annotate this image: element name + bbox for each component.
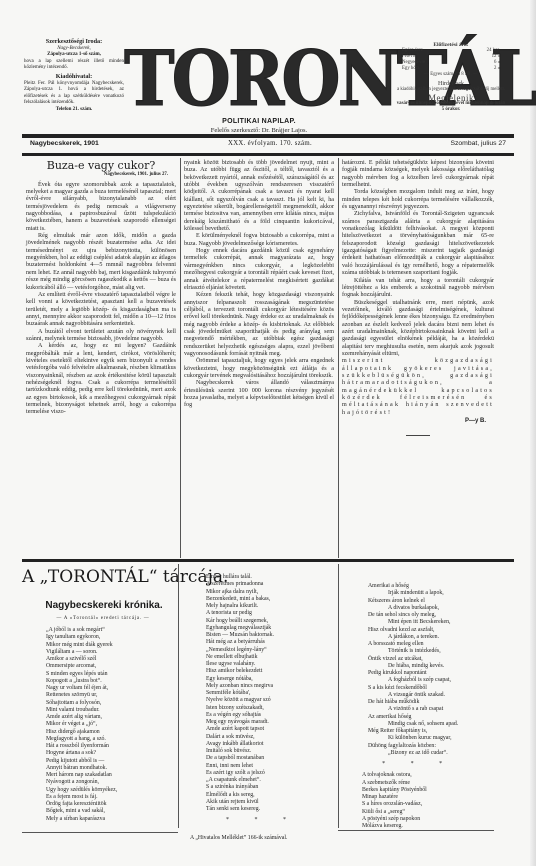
poem-line: Isten bizony szétszakadt, [206,705,298,712]
poem-line: Vigiláltam a — soron. [46,649,117,656]
article-paragraph: nyaink között biztosabb és több jövedelm… [184,160,334,233]
poem-column-1: „A jóból is a sok megárt“ Igy tanultam e… [46,627,117,823]
poem-line: Amikor a szivélő szél [46,656,117,663]
poem-line: Mint valami troubadur. [46,707,117,714]
section-stars: * * * [206,817,298,824]
poem-line: Igy tanultam egykoron, [46,634,117,641]
appears-text: vasár- és ünnepnapok kivételével mindenn… [396,101,506,113]
poem-line: A szebmetszők réme [362,780,458,787]
poem-line: Megfagyott a hang, a szó. [46,736,117,743]
poem-line: S a híres orozslán-vadász, [362,801,458,808]
poem-line: Rettenetes szörnyü ur, [46,692,117,699]
poem-line: Es azért igy szólt a jelszó [206,770,298,777]
poem-line: Mely azonban nincs megirva [206,683,298,690]
poem-line: Bisten — Muzsán baktornak. [206,632,298,639]
article-column-2: nyaink között biztosabb és több jövedelm… [184,160,334,410]
poem-line: Hát a rosszból ilyenformán [46,743,117,750]
column-divider [338,564,339,828]
article-paragraph: Évek óta egyre szomorubbak azok a tapasz… [26,182,176,233]
poem-line: Kár hogy beállt szegernek, [206,618,298,625]
poem-line: A fogházból is szép csapat, [368,677,458,684]
publisher-heading: Kiadóhivatal: [24,73,124,81]
article-paragraph: Torda községben mozgalom indult meg az i… [342,189,494,211]
poem-line: Meg egy nyávogás maradt. [206,719,298,726]
poem-line: Imitáló sok büvész. [206,748,298,755]
poem-line: Ördög fajta kereszténiitök [46,801,117,808]
poem-line: S a szirénka irányában [206,784,298,791]
poem-line: Egyhangulag megválasztják [206,625,298,632]
poem-line: Mely a sírban kaparászva [46,816,117,823]
article-paragraph: Örömmel tapasztaljuk, hogy egyes jelek a… [184,358,334,380]
poem-line: Történik is intézkedés, [368,648,458,655]
editorial-office-note: hova a lap szellemi részét illető minden… [24,59,124,72]
supplement-note: A „Hivatalos Mellékletˮ 166-ik számával. [190,835,287,841]
poem-line: Ilese ugyse valahány. [206,661,298,668]
masthead: Szerkesztőségi Iroda: Nagy-Becskerek, Zá… [24,38,514,138]
poem-line: Nyávogott a zongorán, [46,779,117,786]
poem-line: A szeretmes primadonna [206,581,298,588]
poem-column-3: Amerikai a hőség Irják mindenütt a lapok… [368,583,458,830]
publisher-text: Pleitz Fer. Pál könyvnyomdája Nagybecske… [24,81,124,106]
poem-line: Dalárt a sok müvész, [206,734,298,741]
poem-line: S a kis kézi fecskendőből [368,685,458,692]
poem-line: Hogyne ártana a sok? [46,750,117,757]
article-paragraph: E körülményeknél fogva biztosabb a cukor… [184,233,334,248]
poem-line: A tolvajoknak ostora, [362,772,458,779]
column-divider [180,158,181,558]
poem-line: Elmélődt a kis sereg, [206,792,298,799]
poem-line: A tenorista ur pedig [206,610,298,617]
poem-line: Ne emellett elbujhatik [206,654,298,661]
poem-line: Nyelve között a magyar szó [206,697,298,704]
poem-line: Mikor még mint diák gyerek [46,642,117,649]
article-paragraph: Zichyfalva, Istvánföld és Torontál-Szige… [342,211,494,277]
editor-line: Felelős szerkesztő: Dr. Brájjer Lajos. [124,127,394,134]
poem-line: Pedig kijutott abból is — [46,758,117,765]
poem-line: Akik után rejtem kivül [206,799,298,806]
poem-line: Hisz amikor belekezdett [206,668,298,675]
poem-column-2: Ember hullára talál. A szeretmes primado… [206,574,298,829]
article-paragraph: A kérdés az, hogy ez mi legyen? Gazdáink… [26,343,176,416]
article-dateline: Nagybecskerek, 1901. julius 27. [26,171,176,178]
poem-end-rule [338,830,494,831]
poem-line: Hisz didergő ajakamon [46,729,117,736]
poem-line: Egy keserge nótába, [206,676,298,683]
poem-line: S minden egyes lépés után [46,671,117,678]
poem-line: Hisz olvadni kezd az aszfalt, [368,627,458,634]
end-rule [406,435,430,436]
newspaper-page: Szerkesztőségi Iroda: Nagy-Becskerek, Zá… [0,0,536,866]
poem-line: Ommersipte arcomat, [46,663,117,670]
poem-line: Öntik vizzel az utcákat, [368,656,458,663]
place-year: Nagybecskerek, 1901 [30,140,99,147]
poem-line: Még Reiter főkapitány is, [368,728,458,735]
poem-line: De tán sehol sincs oly meleg, [368,612,458,619]
poem-line: Es a fejem most is fáj. [46,794,117,801]
title-block: TORONTÁL POLITIKAI NAPILAP. Felelős szer… [124,40,394,134]
poem-line: Ember hullára talál. [206,574,298,581]
poem-line: Es a végén egy sóhajtás [206,712,298,719]
subscription-box: Előfizetési ára: Egész évre24 kor. Félév… [396,42,506,113]
column-divider [338,158,339,558]
article-paragraph: Büszkeséggel utalhatnánk erre, mert népü… [342,300,494,359]
article-paragraph: Rég elmultak már azon idők, midőn a gazd… [26,233,176,292]
poem-line: Mindig csak nő, sohsem apad. [368,721,458,728]
poem-line: Mikor ajka dalra nyilt, [206,589,298,596]
price-period: Egy hóra [402,66,419,72]
feuilleton-rule [22,559,514,562]
dateline: Nagybecskerek, 1901 XXX. évfolyam. 170. … [30,140,510,152]
section-stars: * * * [368,761,458,768]
article-paragraph: Hogy ennek dacára gazdáink közül csak eg… [184,248,334,292]
masthead-rule [22,134,514,138]
poem-line: „Nemesiktoi legény-lány“ [206,647,298,654]
poem-line: Bőgtek, mint a vad sakál, [46,808,117,815]
poem-line: „A csapatunk elmehet“. [206,777,298,784]
article-paragraph: Az említett évről-évre visszatérő tapasz… [26,292,176,329]
poem-line: Amerikai a hőség [368,583,458,590]
editorial-office-heading: Szerkesztőségi Iroda: [24,38,124,46]
editorial-office-box: Szerkesztőségi Iroda: Nagy-Becskerek, Zá… [24,38,124,114]
poem-line: Kopogott a „lustra bot“. [46,678,117,685]
poem-line: Hát még az a betyárruhás [206,639,298,646]
poem-line: Minap hazatére [362,794,458,801]
article-paragraph: Kézen fekszik tehát, hogy közgazdasági v… [184,292,334,358]
poem-line: Semmiféle kótába', [206,690,298,697]
poem-title: Nagybecskereki krónika. [44,600,164,611]
poem-line: Az amerikai hőség [368,714,458,721]
issue-date: Szombat, julius 27 [450,140,506,147]
article-paragraph: A buzától elvont területet azután oly nö… [26,329,176,344]
poem-line: De a tapsból mostanában [206,755,298,762]
poem-line: A divatos burkalapok, [368,605,458,612]
poem-line: Ki különben kuruc magyar, [368,735,458,742]
poem-line: A vizöntő s a rab csapat [368,706,458,713]
poem-line: A vizsugár öntik szakad. [368,692,458,699]
poem-line: Enni, inni nem lehet [206,763,298,770]
poem-line: Nagy ur voltam fél éjen át, [46,685,117,692]
poem-line: „A jóból is a sok megárt“ [46,627,117,634]
feuilleton-heading: A „TORONTÁL“ tárcája. [22,567,228,587]
price-value: 2 » [494,66,500,72]
page-edge [530,0,536,866]
article-column-3: határozni. E példát tehetségükhöz képest… [342,160,494,436]
poem-subtitle: — A »Torontál« eredeti tárcája. — [28,616,178,621]
poem-line: Mint épen itt Becskereken, [368,619,458,626]
article-spaced-emphasis: miszerint közgazdasági állapotaink gyöke… [342,358,494,417]
poem-line: A pöstyéni szép napokon [362,816,458,823]
article-paragraph: határozni. E példát tehetségükhöz képest… [342,160,494,189]
poem-end-rule [22,832,178,833]
poem-line: A borsszató meleg ellen [368,641,458,648]
poem-line: Tán senki sem kesereg. [206,806,298,813]
poem-line: Avagy inkább állatkoriot [206,741,298,748]
poem-line: Berkes kapitány Pöstyénből [362,787,458,794]
volume-number: XXX. évfolyam. 170. szám. [200,140,340,147]
poem-line: Sóhajtottam a folyosón, [46,700,117,707]
single-copy-price: — Egyes szám ára 8 fill. — [396,72,506,78]
poem-line: Mert három nap szakadatlan [46,772,117,779]
article-paragraph: Kilátás van tehát arra, hogy a torontáli… [342,278,494,300]
poem-line: Mely hajnalra kikurilt. [206,603,298,610]
poem-line: Amde azért kapott tapsot [206,726,298,733]
poem-line: Kétszeres áron kelnek el [368,598,458,605]
poem-line: Irják mindenütt a lapok, [368,590,458,597]
column-divider [178,564,179,828]
poem-line: Kiüli ősi a „sereg“ [362,809,458,816]
poem-line: Mikor ér véget a „jó“, [46,721,117,728]
dateline-rule [22,153,514,156]
poem-line: Annyit bátran mondhatok. [46,765,117,772]
poem-line: Dühöng fagylaltozás közben: [368,743,458,750]
author-signature: P—y B. [342,418,494,425]
article-title: Buza-e vagy cukor? [26,162,176,169]
poem-line: „Bizony ez az idő cudar“. [368,750,458,757]
article-column-1: Buza-e vagy cukor? Nagybecskerek, 1901. … [26,160,176,417]
poem-line: Berzenkedett, mint a bakas, [206,596,298,603]
article-paragraph: Nagybecskerek város állandó választmánya… [184,380,334,409]
poem-line: A járdákon, a tereken. [368,634,458,641]
newspaper-title: TORONTÁL [124,40,394,118]
poem-line: De hát hiába működik [368,699,458,706]
poem-line: Ugy hogy szédülés környékez, [46,787,117,794]
poem-line: De hiába, mindig kevés. [368,663,458,670]
phone-number: Telefon 21. szám. [24,107,124,113]
